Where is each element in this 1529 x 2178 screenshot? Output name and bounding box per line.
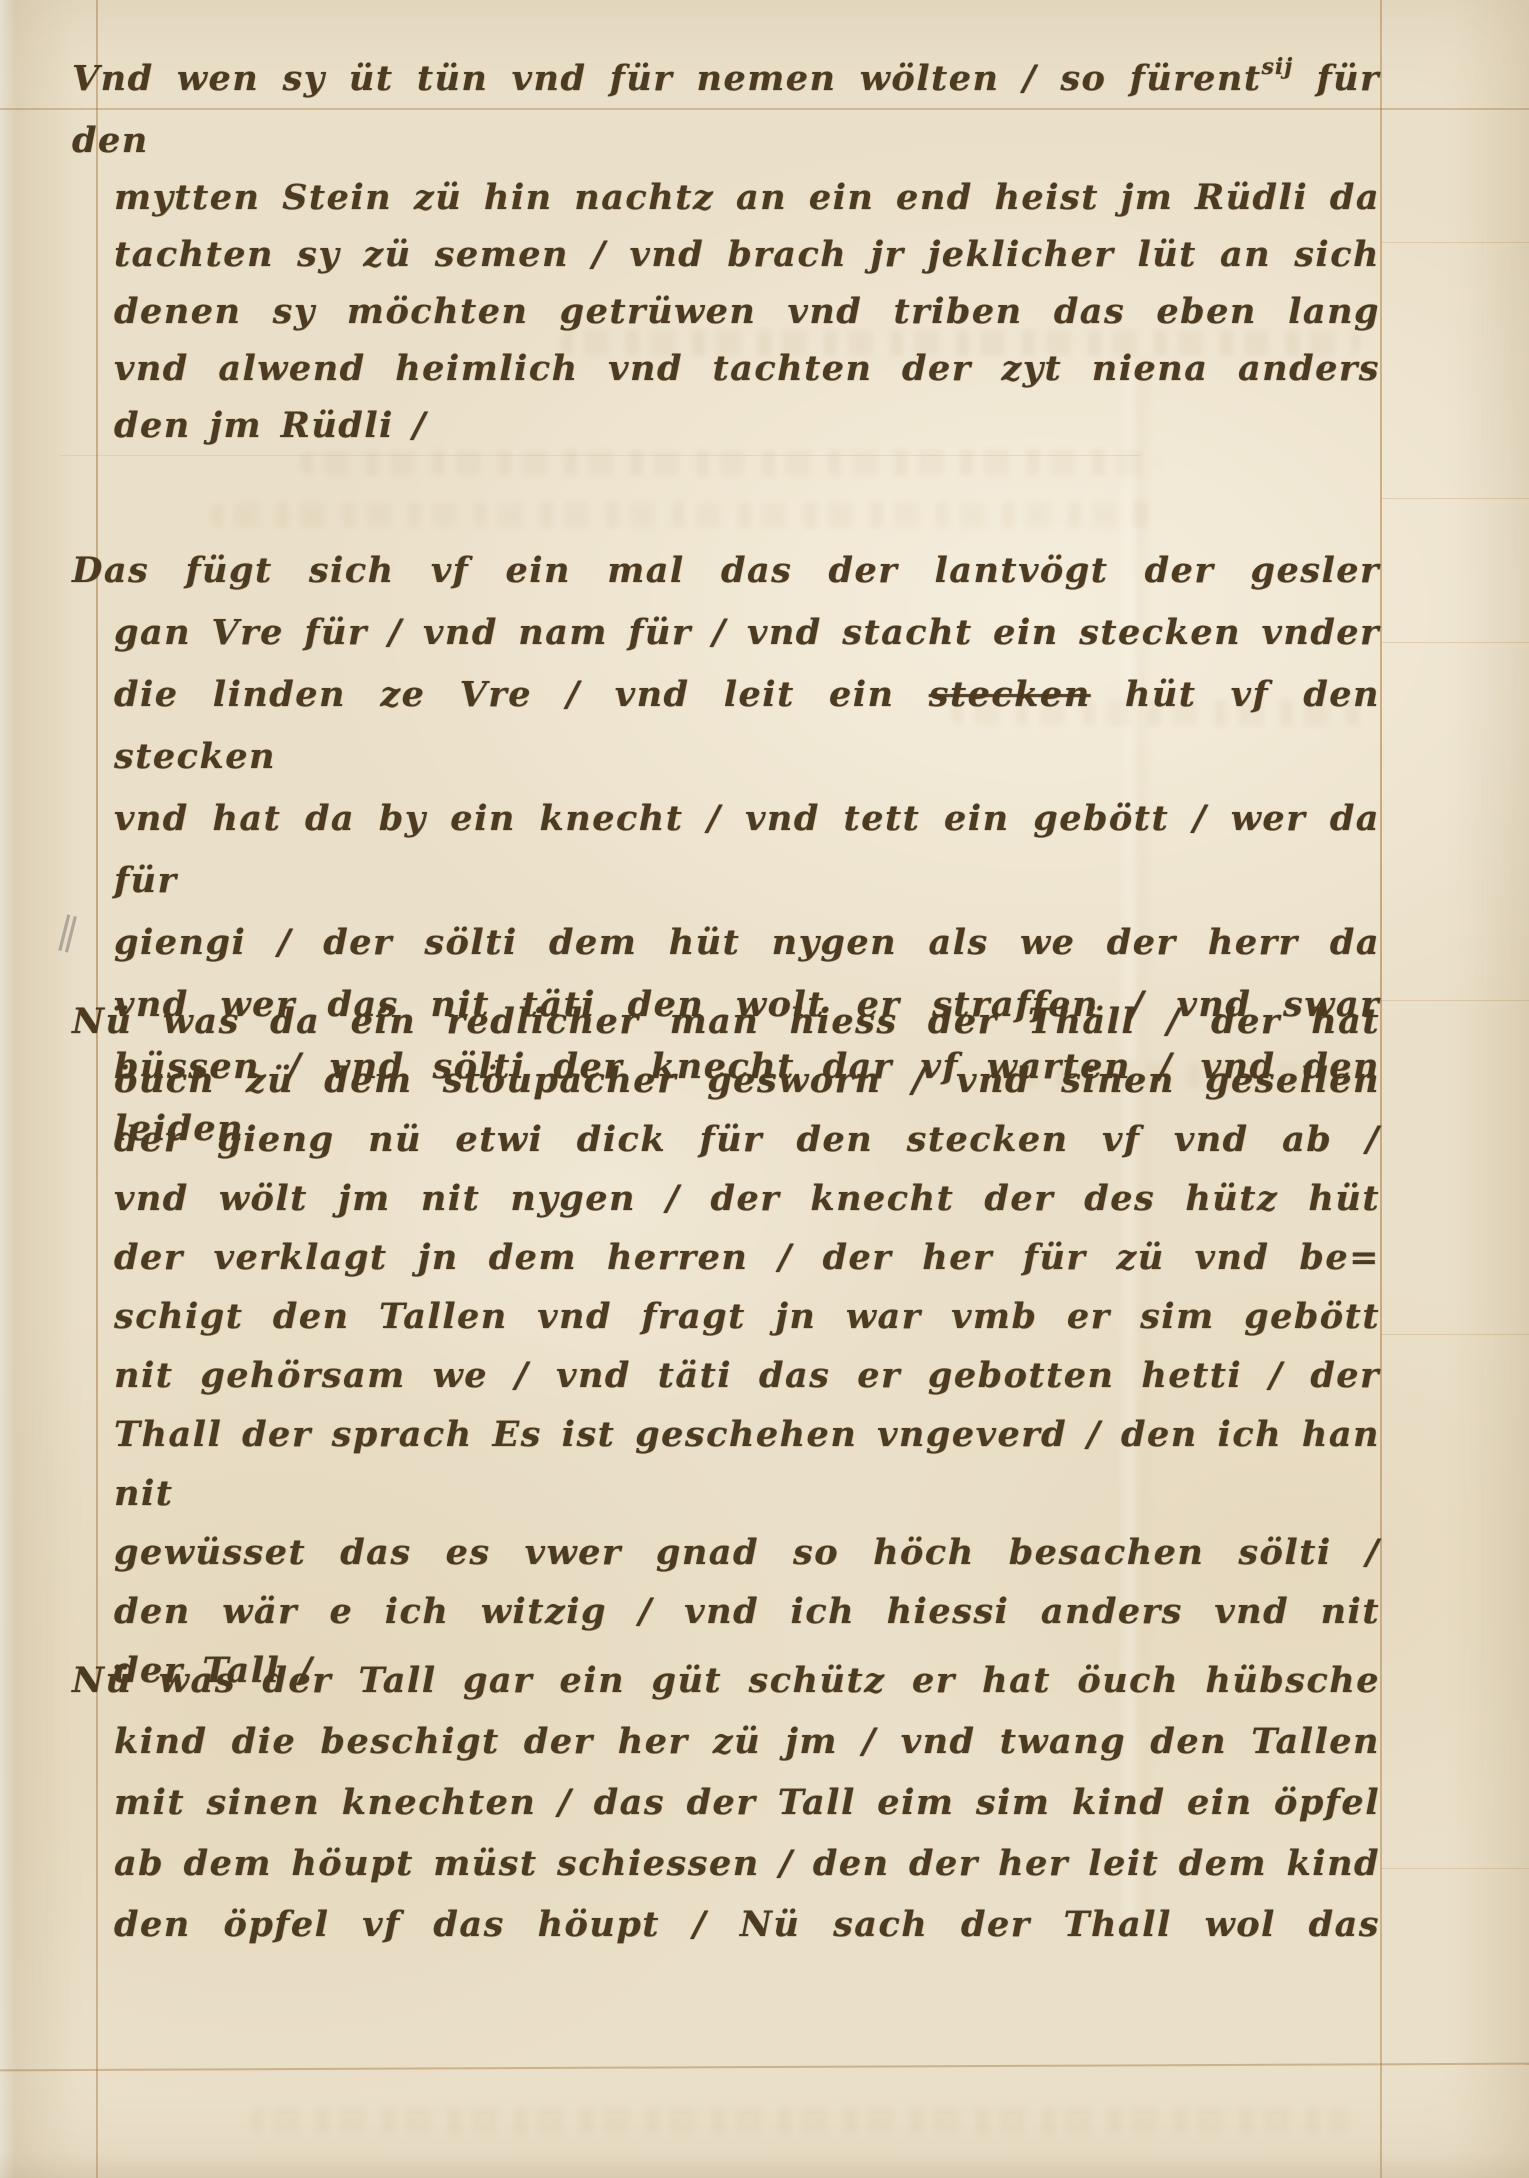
show-through-text (250, 2108, 1350, 2134)
text-line: kind die beschigt der her zü jm / vnd tw… (72, 1711, 1380, 1772)
text-segment: der verklagt jn dem herren / der her für… (114, 1237, 1380, 1278)
text-line: gan Vre für / vnd nam für / vnd stacht e… (72, 602, 1380, 664)
text-line: die linden ze Vre / vnd leit ein stecken… (72, 664, 1380, 788)
text-segment: gewüsset das es vwer gnad so höch besach… (114, 1532, 1380, 1573)
text-line: den wär e ich witzig / vnd ich hiessi an… (72, 1582, 1380, 1641)
text-segment: tachten sy zü semen / vnd brach jr jekli… (114, 234, 1380, 275)
text-segment: den jm Rüdli / (114, 405, 427, 446)
text-segment: ab dem höupt müst schiessen / den der he… (114, 1843, 1380, 1884)
text-segment: giengi / der sölti dem hüt nygen als we … (114, 922, 1380, 963)
text-segment: denen sy möchten getrüwen vnd triben das… (114, 291, 1380, 332)
text-segment: Das fügt sich vf ein mal das der lantvög… (72, 550, 1380, 591)
text-line: Nü was der Tall gar ein güt schütz er ha… (72, 1650, 1380, 1711)
text-line: ab dem höupt müst schiessen / den der he… (72, 1833, 1380, 1894)
paragraph-1: Vnd wen sy üt tün vnd für nemen wölten /… (72, 50, 1380, 454)
ruling-line-bottom (0, 2063, 1529, 2072)
text-line: den jm Rüdli / (72, 397, 1380, 454)
text-line: öuch zü dem stöupacher gesworn / vnd sin… (72, 1051, 1380, 1110)
faint-ruling (1381, 242, 1529, 243)
text-line: der gieng nü etwi dick für den stecken v… (72, 1110, 1380, 1169)
text-segment: den wär e ich witzig / vnd ich hiessi an… (114, 1591, 1380, 1632)
text-line: mytten Stein zü hin nachtz an ein end he… (72, 169, 1380, 226)
text-segment: mit sinen knechten / das der Tall eim si… (114, 1782, 1380, 1823)
faint-ruling (1381, 1334, 1529, 1335)
text-segment: mytten Stein zü hin nachtz an ein end he… (114, 177, 1380, 218)
text-segment: vnd hat da by ein knecht / vnd tett ein … (114, 798, 1380, 901)
text-line: den öpfel vf das höupt / Nü sach der Tha… (72, 1894, 1380, 1955)
text-line: giengi / der sölti dem hüt nygen als we … (72, 912, 1380, 974)
text-segment: vnd alwend heimlich vnd tachten der zyt … (114, 348, 1380, 389)
text-line: Vnd wen sy üt tün vnd für nemen wölten /… (72, 50, 1380, 169)
paragraph-3: Nü was da ein redlicher man hiess der Th… (72, 992, 1380, 1700)
text-line: vnd alwend heimlich vnd tachten der zyt … (72, 340, 1380, 397)
text-line: vnd wölt jm nit nygen / der knecht der d… (72, 1169, 1380, 1228)
paragraph-4: Nü was der Tall gar ein güt schütz er ha… (72, 1650, 1380, 1955)
page-edge-left (0, 0, 16, 2178)
text-segment: Vnd wen sy üt tün vnd für nemen wölten /… (72, 58, 1262, 99)
text-segment: Nü was da ein redlicher man hiess der Th… (72, 1001, 1380, 1042)
text-segment: nit gehörsam we / vnd täti das er gebott… (114, 1355, 1380, 1396)
text-segment: Thall der sprach Es ist geschehen vngeve… (114, 1414, 1380, 1514)
text-line: der verklagt jn dem herren / der her für… (72, 1228, 1380, 1287)
text-line: Thall der sprach Es ist geschehen vngeve… (72, 1405, 1380, 1523)
text-line: nit gehörsam we / vnd täti das er gebott… (72, 1346, 1380, 1405)
text-line: tachten sy zü semen / vnd brach jr jekli… (72, 226, 1380, 283)
ruling-line-right (1380, 0, 1382, 2178)
text-line: denen sy möchten getrüwen vnd triben das… (72, 283, 1380, 340)
text-segment: schigt den Tallen vnd fragt jn war vmb e… (114, 1296, 1380, 1337)
page-edge-bottom (0, 2152, 1529, 2178)
faint-ruling (1381, 642, 1529, 643)
text-line: Das fügt sich vf ein mal das der lantvög… (72, 540, 1380, 602)
text-line: Nü was da ein redlicher man hiess der Th… (72, 992, 1380, 1051)
text-segment: vnd wölt jm nit nygen / der knecht der d… (114, 1178, 1380, 1219)
text-segment: öuch zü dem stöupacher gesworn / vnd sin… (114, 1060, 1380, 1101)
manuscript-page: ∥ Vnd wen sy üt tün vnd für nemen wölten… (0, 0, 1529, 2178)
show-through-text (210, 502, 1160, 528)
text-line: schigt den Tallen vnd fragt jn war vmb e… (72, 1287, 1380, 1346)
text-line: gewüsset das es vwer gnad so höch besach… (72, 1523, 1380, 1582)
text-segment: der gieng nü etwi dick für den stecken v… (114, 1119, 1380, 1160)
text-line: vnd hat da by ein knecht / vnd tett ein … (72, 788, 1380, 912)
faint-ruling (1381, 498, 1529, 499)
strikethrough-word: stecken (929, 674, 1091, 715)
text-segment: den öpfel vf das höupt / Nü sach der Tha… (114, 1904, 1380, 1945)
text-segment: die linden ze Vre / vnd leit ein (114, 674, 929, 715)
text-line: mit sinen knechten / das der Tall eim si… (72, 1772, 1380, 1833)
text-segment: Nü was der Tall gar ein güt schütz er ha… (72, 1660, 1380, 1701)
faint-ruling (1381, 1868, 1529, 1869)
faint-ruling (1381, 1000, 1529, 1001)
superscript-insertion: sij (1262, 54, 1294, 80)
text-segment: gan Vre für / vnd nam für / vnd stacht e… (114, 612, 1380, 653)
text-segment: kind die beschigt der her zü jm / vnd tw… (114, 1721, 1380, 1762)
